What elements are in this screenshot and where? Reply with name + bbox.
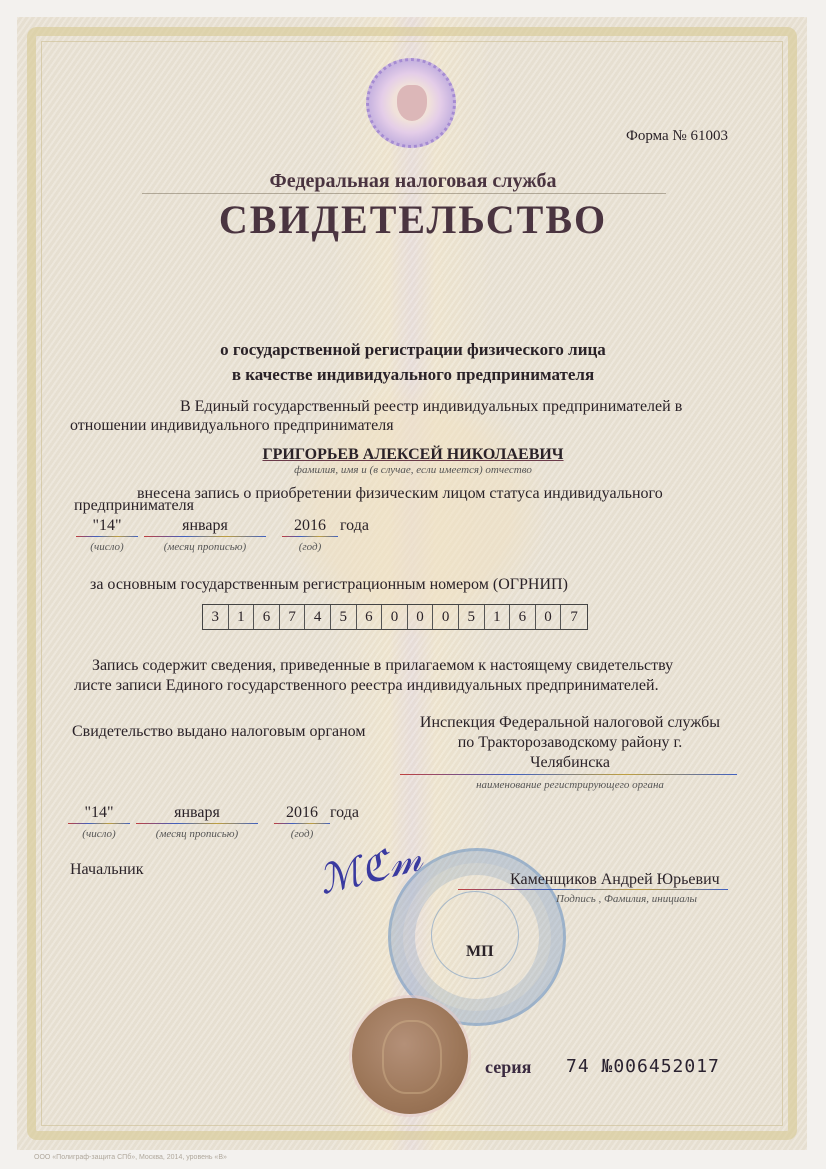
- series-label: серия: [485, 1057, 531, 1078]
- signer-underline: [458, 889, 728, 890]
- printer-imprint: ООО «Полиграф-защита СПб», Москва, 2014,…: [34, 1154, 227, 1161]
- issuing-authority: Инспекция Федеральной налоговой службы п…: [400, 713, 740, 773]
- ogrnip-digit: 0: [382, 605, 408, 629]
- entry-month-value: января: [144, 516, 266, 536]
- issue-year-value: 2016: [274, 803, 330, 823]
- issue-date-year: 2016 (год): [274, 803, 330, 844]
- intro-line-2: отношении индивидуального предпринимател…: [70, 416, 394, 436]
- ogrnip-digit: 0: [536, 605, 562, 629]
- ogrnip-digit: 6: [357, 605, 383, 629]
- issuer-line-2: по Тракторозаводскому району г.: [400, 733, 740, 753]
- entry-year-hint: (год): [282, 537, 338, 557]
- document-title: СВИДЕТЕЛЬСТВО: [0, 196, 826, 243]
- ogrnip-number-box: 316745600051607: [202, 604, 588, 630]
- seal-eagle-icon: [382, 1020, 442, 1094]
- entrepreneur-name-hint: фамилия, имя и (в случае, если имеется) …: [0, 464, 826, 476]
- entry-date-year: 2016 (год): [282, 516, 338, 557]
- subtitle-line-1: о государственной регистрации физическог…: [0, 337, 826, 362]
- ogrnip-digit: 3: [203, 605, 229, 629]
- entry-line-2: предпринимателя: [74, 496, 194, 516]
- entry-day-hint: (число): [76, 537, 138, 557]
- entry-date-day: "14" (число): [76, 516, 138, 557]
- issue-year-hint: (год): [274, 824, 330, 844]
- ogrnip-digit: 0: [408, 605, 434, 629]
- issue-date-month: января (месяц прописью): [136, 803, 258, 844]
- ogrnip-digit: 1: [229, 605, 255, 629]
- ogrnip-digit: 4: [305, 605, 331, 629]
- intro-line-1: В Единый государственный реестр индивиду…: [180, 397, 682, 417]
- ogrnip-digit: 7: [280, 605, 306, 629]
- ogrnip-digit: 0: [433, 605, 459, 629]
- signer-position: Начальник: [70, 860, 143, 880]
- form-number: Форма № 61003: [626, 128, 728, 145]
- ogrnip-digit: 7: [561, 605, 587, 629]
- hologram-emblem-icon: [366, 58, 456, 148]
- issue-date-suffix: года: [330, 803, 359, 823]
- issue-day-value: "14": [68, 803, 130, 823]
- agency-name: Федеральная налоговая служба: [0, 170, 826, 193]
- entry-date-month: января (месяц прописью): [144, 516, 266, 557]
- entry-month-hint: (месяц прописью): [144, 537, 266, 557]
- entrepreneur-name: ГРИГОРЬЕВ АЛЕКСЕЙ НИКОЛАЕВИЧ: [0, 446, 826, 464]
- ogrnip-label: за основным государственным регистрацион…: [90, 575, 568, 595]
- coat-of-arms-icon: [397, 85, 427, 121]
- issue-date-day: "14" (число): [68, 803, 130, 844]
- issuer-line-1: Инспекция Федеральной налоговой службы: [400, 713, 740, 733]
- signer-hint: Подпись , Фамилия, инициалы: [556, 893, 697, 905]
- entry-date-suffix: года: [340, 516, 369, 536]
- issued-by-label: Свидетельство выдано налоговым органом: [72, 722, 365, 742]
- issue-month-hint: (месяц прописью): [136, 824, 258, 844]
- ogrnip-digit: 6: [254, 605, 280, 629]
- record-line-2: листе записи Единого государственного ре…: [74, 676, 659, 696]
- ogrnip-digit: 6: [510, 605, 536, 629]
- stamp-place-label: МП: [466, 943, 494, 961]
- issuer-hint: наименование регистрирующего органа: [400, 779, 740, 791]
- ogrnip-digit: 1: [485, 605, 511, 629]
- serial-number: 74 №006452017: [566, 1056, 720, 1077]
- issuer-line-3: Челябинска: [400, 753, 740, 773]
- subtitle-line-2: в качестве индивидуального предпринимате…: [0, 362, 826, 387]
- entry-year-value: 2016: [282, 516, 338, 536]
- entry-day-value: "14": [76, 516, 138, 536]
- document-subtitle: о государственной регистрации физическог…: [0, 337, 826, 387]
- entry-line-1: внесена запись о приобретении физическим…: [137, 484, 663, 504]
- issuer-underline: [400, 774, 737, 775]
- ogrnip-digit: 5: [331, 605, 357, 629]
- ogrnip-digit: 5: [459, 605, 485, 629]
- stamp-inner-ring: [431, 891, 519, 979]
- embossed-seal-icon: [352, 998, 468, 1114]
- issue-month-value: января: [136, 803, 258, 823]
- record-line-1: Запись содержит сведения, приведенные в …: [92, 656, 673, 676]
- issue-day-hint: (число): [68, 824, 130, 844]
- agency-divider: [142, 193, 666, 194]
- signer-name: Каменщиков Андрей Юрьевич: [510, 870, 720, 890]
